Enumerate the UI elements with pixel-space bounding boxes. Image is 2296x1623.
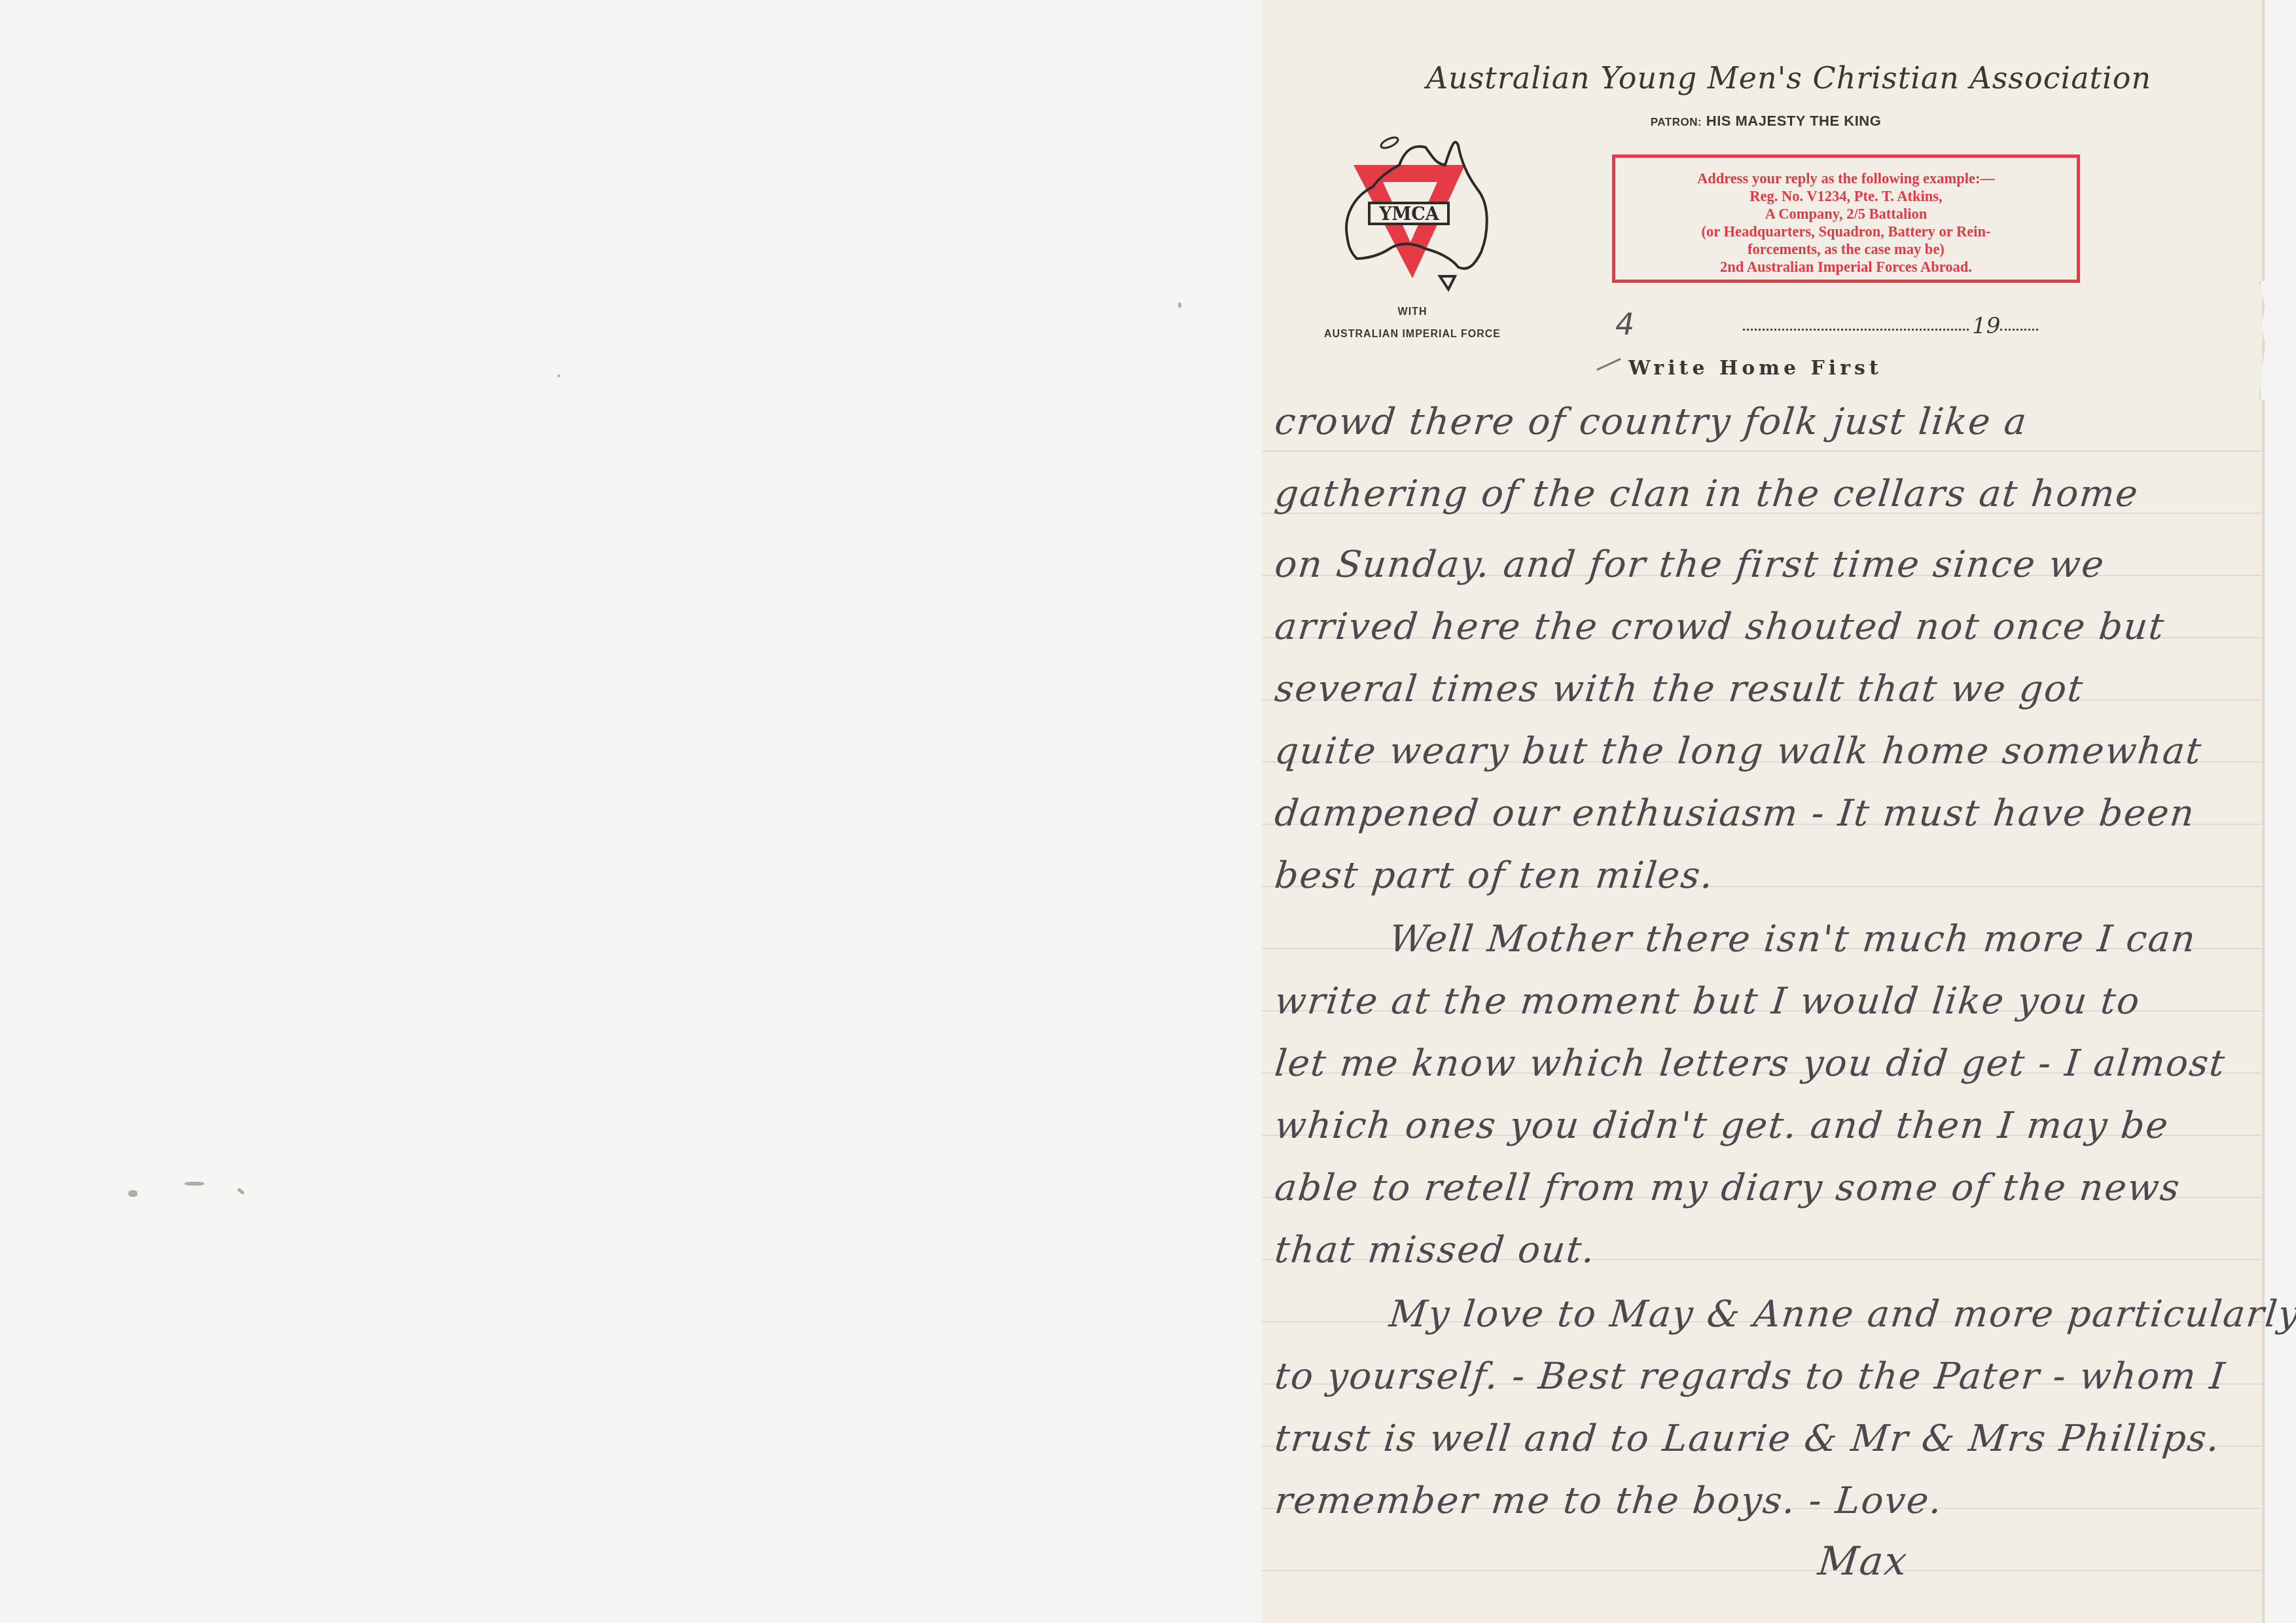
handwritten-line: which ones you didn't get. and then I ma… bbox=[1273, 1104, 2172, 1147]
handwritten-line: several times with the result that we go… bbox=[1273, 668, 2086, 710]
date-field-dots bbox=[1743, 329, 1969, 331]
reply-address-box: Address your reply as the following exam… bbox=[1612, 155, 2080, 283]
address-line: (or Headquarters, Squadron, Battery or R… bbox=[1615, 223, 2077, 240]
handwritten-line: on Sunday. and for the first time since … bbox=[1273, 543, 2108, 586]
address-line: A Company, 2/5 Battalion bbox=[1615, 205, 2077, 223]
handwritten-line: that missed out. bbox=[1273, 1229, 1598, 1271]
dust-speck bbox=[185, 1182, 204, 1186]
handwritten-line: remember me to the boys. - Love. bbox=[1273, 1480, 1945, 1522]
ruled-line bbox=[1262, 1570, 2263, 1571]
patron-line: PATRON: HIS MAJESTY THE KING bbox=[1602, 113, 1929, 130]
handwritten-line: My love to May & Anne and more particula… bbox=[1388, 1293, 2296, 1336]
handwritten-line: arrived here the crowd shouted not once … bbox=[1273, 606, 2167, 648]
dust-speck bbox=[128, 1190, 137, 1197]
scanner-background bbox=[0, 0, 1253, 1623]
ymca-australia-logo: YMCA bbox=[1327, 124, 1498, 301]
handwritten-line: dampened our enthusiasm - It must have b… bbox=[1273, 792, 2197, 835]
with-label: WITH bbox=[1288, 301, 1537, 323]
handwritten-line: able to retell from my diary some of the… bbox=[1273, 1167, 2183, 1209]
handwritten-line: let me know which letters you did get - … bbox=[1273, 1042, 2228, 1085]
date-year-prefix: 19 bbox=[1972, 313, 2000, 339]
address-line: Address your reply as the following exam… bbox=[1615, 170, 2077, 187]
svg-text:YMCA: YMCA bbox=[1378, 204, 1440, 225]
handwritten-line: write at the moment but I would like you… bbox=[1273, 980, 2143, 1023]
handwritten-line: best part of ten miles. bbox=[1273, 854, 1717, 897]
patron-value: HIS MAJESTY THE KING bbox=[1706, 113, 1882, 129]
dust-speck bbox=[1178, 302, 1181, 308]
aif-label: AUSTRALIAN IMPERIAL FORCE bbox=[1288, 323, 1537, 346]
page-number-underline bbox=[1596, 358, 1621, 371]
handwritten-line: quite weary but the long walk home somew… bbox=[1273, 730, 2204, 773]
handwritten-line: crowd there of country folk just like a bbox=[1273, 401, 2030, 443]
ruled-line bbox=[1262, 450, 2263, 452]
handwritten-line: to yourself. - Best regards to the Pater… bbox=[1273, 1355, 2228, 1398]
letter-sheet: Australian Young Men's Christian Associa… bbox=[1262, 0, 2263, 1623]
dust-speck bbox=[558, 374, 560, 377]
with-aif-caption: WITH AUSTRALIAN IMPERIAL FORCE bbox=[1288, 301, 1537, 346]
handwritten-page-number: 4 bbox=[1612, 306, 1638, 342]
torn-edge bbox=[2259, 282, 2267, 399]
australia-map-triangle-icon: YMCA bbox=[1327, 124, 1498, 301]
address-line: 2nd Australian Imperial Forces Abroad. bbox=[1615, 258, 2077, 276]
letterhead-title: Australian Young Men's Christian Associa… bbox=[1412, 60, 2165, 96]
handwritten-line: gathering of the clan in the cellars at … bbox=[1273, 473, 2141, 515]
dust-speck bbox=[237, 1188, 245, 1195]
address-line: Reg. No. V1234, Pte. T. Atkins, bbox=[1615, 187, 2077, 205]
date-year-dots bbox=[2000, 329, 2038, 331]
handwritten-line: trust is well and to Laurie & Mr & Mrs P… bbox=[1273, 1417, 2223, 1460]
handwritten-line: Well Mother there isn't much more I can bbox=[1388, 918, 2198, 960]
write-home-first-slogan: Write Home First bbox=[1628, 357, 1882, 380]
signature: Max bbox=[1816, 1539, 1910, 1584]
address-line: forcements, as the case may be) bbox=[1615, 240, 2077, 258]
patron-label: PATRON: bbox=[1651, 116, 1702, 128]
